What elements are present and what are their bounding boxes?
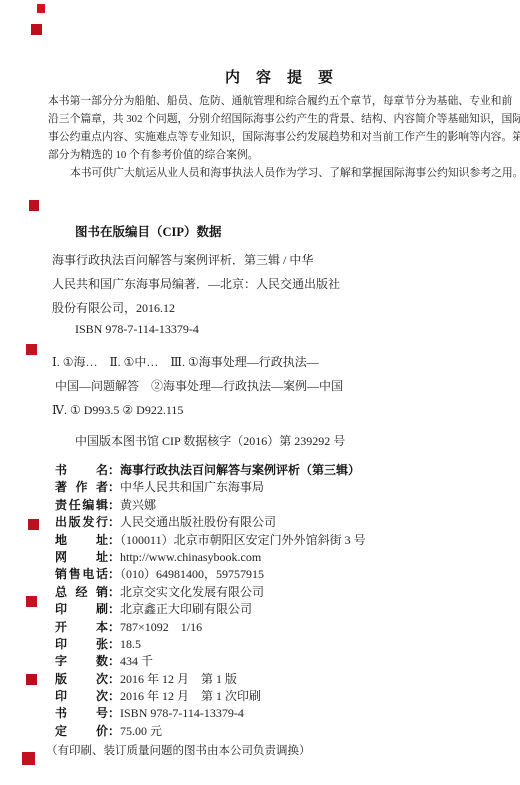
colophon-row: 书号：ISBN 978-7-114-13379-4 [55,705,517,722]
colophon-value: 人民交通出版社股份有限公司 [120,515,276,529]
isbn-line: ISBN 978-7-114-13379-4 [75,322,520,337]
colophon-row: 地址：（100011）北京市朝阳区安定门外外馆斜街 3 号 [55,532,517,549]
red-mark [22,752,35,765]
colophon-colon: ： [108,498,120,512]
colophon-value: 海事行政执法百问解答与案例评析（第三辑） [120,463,360,477]
cip-header: 图书在版编目（CIP）数据 [75,222,520,240]
cip-description-line: 海事行政执法百问解答与案例评析．第三辑 / 中华 [52,248,514,272]
colophon-label: 书号 [55,705,108,722]
cip-record-number: 中国版本图书馆 CIP 数据核字（2016）第 239292 号 [75,432,520,449]
colophon-colon: ： [108,480,120,494]
colophon-colon: ： [108,672,120,686]
red-mark [26,344,37,355]
colophon-colon: ： [108,689,120,703]
summary-title: 内容提要 [48,66,510,87]
colophon-row: 印张：18.5 [55,636,517,653]
colophon-row: 责任编辑：黄兴娜 [55,497,517,514]
colophon: 书名：海事行政执法百问解答与案例评析（第三辑） 著作者：中华人民共和国广东海事局… [55,462,517,740]
colophon-label: 出版发行 [55,514,108,531]
colophon-label: 版次 [55,671,108,688]
colophon-label: 责任编辑 [55,497,108,514]
colophon-row: 著作者：中华人民共和国广东海事局 [55,479,517,496]
colophon-colon: ： [108,533,120,547]
colophon-row: 定价：75.00 元 [55,723,517,740]
colophon-label: 著作者 [55,479,108,496]
summary-line: 沿三个篇章，共 302 个问题，分别介绍国际海事公约产生的背景、结构、内容简介等… [48,110,510,128]
colophon-value: 北京交实文化发展有限公司 [120,585,264,599]
colophon-row: 版次：2016 年 12 月 第 1 版 [55,671,517,688]
colophon-value: 黄兴娜 [120,498,156,512]
colophon-label: 印次 [55,688,108,705]
summary-line: 部分为精选的 10 个有参考价值的综合案例。 [48,146,510,164]
red-mark [26,674,37,685]
colophon-row: 字数：434 千 [55,653,517,670]
classification-line: 中国—问题解答 ②海事处理—行政执法—案例—中国 [52,374,514,398]
colophon-value: 787×1092 1/16 [120,620,202,634]
colophon-colon: ： [108,585,120,599]
classification-line: Ⅳ. ① D993.5 ② D922.115 [52,398,514,422]
colophon-value: 434 千 [120,654,153,668]
colophon-value: 2016 年 12 月 第 1 次印刷 [120,689,261,703]
cip-description: 海事行政执法百问解答与案例评析．第三辑 / 中华 人民共和国广东海事局编著．—北… [52,248,514,320]
colophon-value: http://www.chinasybook.com [120,550,261,564]
colophon-row: 开本：787×1092 1/16 [55,619,517,636]
colophon-value: 2016 年 12 月 第 1 版 [120,672,237,686]
cip-classification: Ⅰ. ①海… Ⅱ. ①中… Ⅲ. ①海事处理—行政执法— 中国—问题解答 ②海事… [52,350,514,422]
red-mark [37,4,45,13]
colophon-label: 地址 [55,532,108,549]
colophon-colon: ： [108,463,120,477]
summary-line: 事公约重点内容、实施难点等专业知识，国际海事公约发展趋势和对当前工作产生的影响等… [48,128,510,146]
colophon-row: 网址：http://www.chinasybook.com [55,549,517,566]
colophon-colon: ： [108,515,120,529]
colophon-row: 出版发行：人民交通出版社股份有限公司 [55,514,517,531]
colophon-colon: ： [108,706,120,720]
red-mark [31,24,42,35]
red-mark [26,596,37,607]
summary-paragraphs: 本书第一部分分为船舶、船员、危防、通航管理和综合履约五个章节，每章节分为基础、专… [48,92,510,182]
colophon-row: 印刷：北京鑫正大印刷有限公司 [55,601,517,618]
colophon-row: 书名：海事行政执法百问解答与案例评析（第三辑） [55,462,517,479]
colophon-value: 北京鑫正大印刷有限公司 [120,602,252,616]
colophon-colon: ： [108,654,120,668]
exchange-note: （有印刷、装订质量问题的图书由本公司负责调换） [46,742,508,758]
colophon-colon: ： [108,602,120,616]
summary-line: 本书第一部分分为船舶、船员、危防、通航管理和综合履约五个章节，每章节分为基础、专… [48,92,510,110]
red-mark [29,200,39,211]
red-mark [28,519,39,530]
classification-line: Ⅰ. ①海… Ⅱ. ①中… Ⅲ. ①海事处理—行政执法— [52,350,514,374]
colophon-row: 总经销：北京交实文化发展有限公司 [55,584,517,601]
colophon-label: 字数 [55,653,108,670]
colophon-colon: ： [108,550,120,564]
colophon-value: 中华人民共和国广东海事局 [120,480,264,494]
summary-paragraph-1: 本书第一部分分为船舶、船员、危防、通航管理和综合履约五个章节，每章节分为基础、专… [48,92,510,164]
cip-description-line: 股份有限公司，2016.12 [52,296,514,320]
colophon-label: 印刷 [55,601,108,618]
colophon-value: （010）64981400，59757915 [120,567,264,581]
colophon-label: 定价 [55,723,108,740]
colophon-label: 印张 [55,636,108,653]
colophon-label: 总经销 [55,584,108,601]
colophon-colon: ： [108,637,120,651]
colophon-label: 书名 [55,462,108,479]
summary-paragraph-2: 本书可供广大航运从业人员和海事执法人员作为学习、了解和掌握国际海事公约知识参考之… [48,164,510,182]
colophon-colon: ： [108,620,120,634]
copyright-page: 内容提要 本书第一部分分为船舶、船员、危防、通航管理和综合履约五个章节，每章节分… [0,0,520,785]
colophon-label: 销售电话 [55,566,108,583]
colophon-value: 18.5 [120,637,141,651]
colophon-label: 开本 [55,619,108,636]
colophon-colon: ： [108,724,120,738]
colophon-value: （100011）北京市朝阳区安定门外外馆斜街 3 号 [120,533,366,547]
colophon-row: 印次：2016 年 12 月 第 1 次印刷 [55,688,517,705]
colophon-row: 销售电话：（010）64981400，59757915 [55,566,517,583]
summary-title-text: 内容提要 [225,70,349,86]
colophon-colon: ： [108,567,120,581]
colophon-value: ISBN 978-7-114-13379-4 [120,706,244,720]
colophon-label: 网址 [55,549,108,566]
cip-description-line: 人民共和国广东海事局编著．—北京：人民交通出版社 [52,272,514,296]
colophon-value: 75.00 元 [120,724,162,738]
